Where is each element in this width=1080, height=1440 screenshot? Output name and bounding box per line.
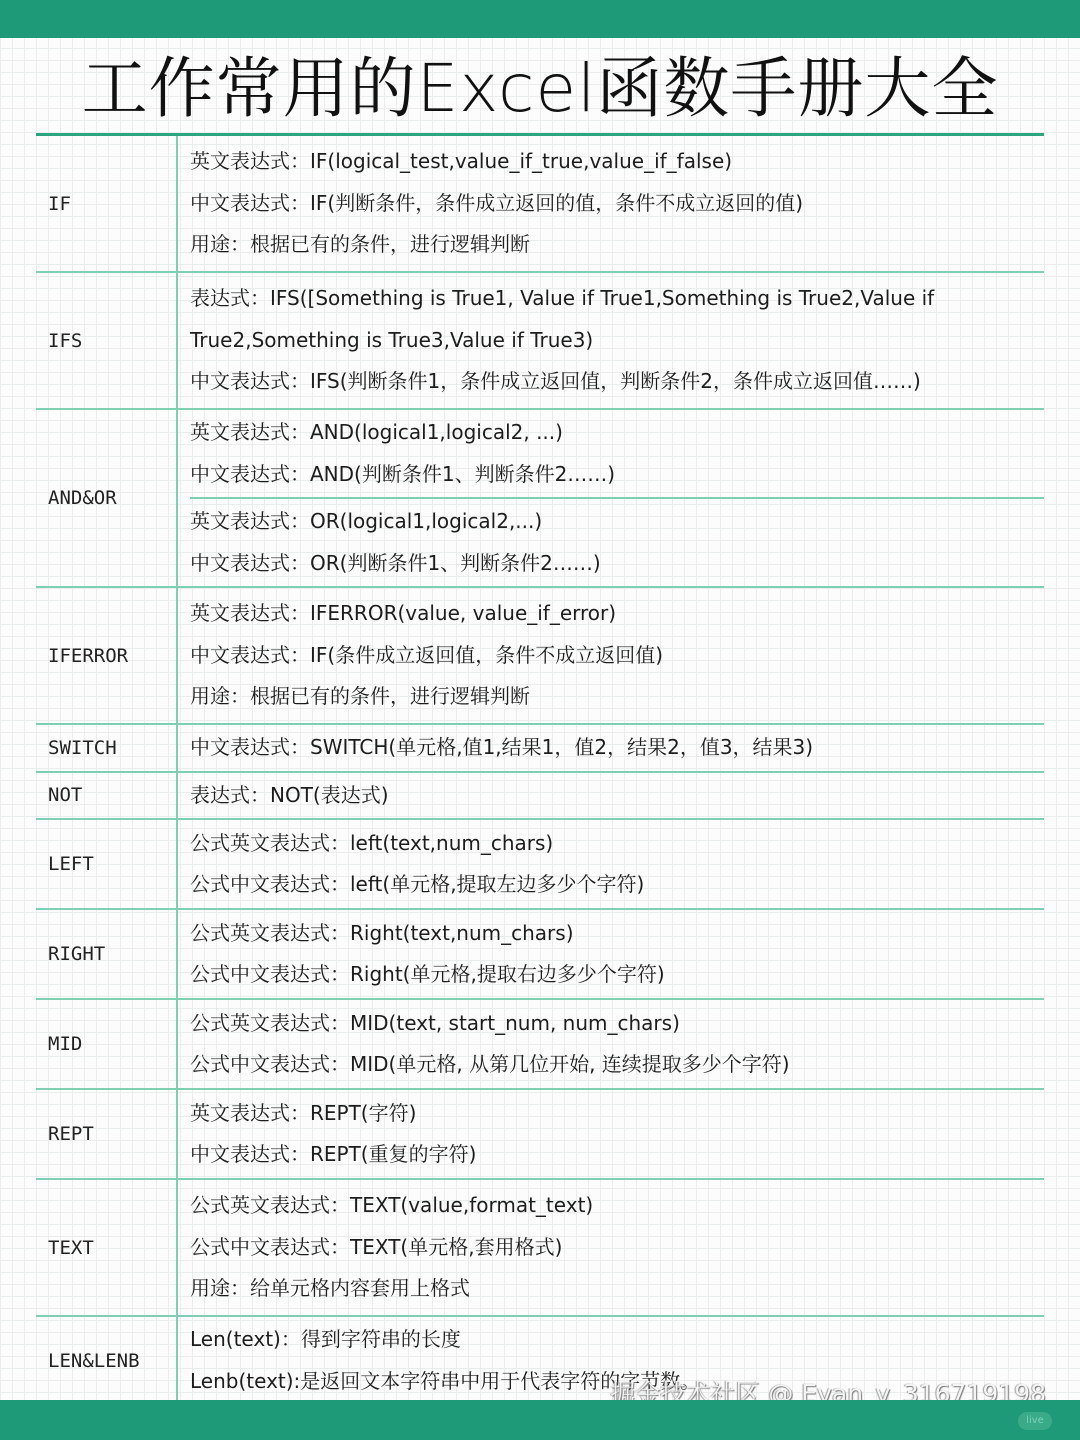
table-row: RIGHT公式英文表达式：Right(text,num_chars)公式中文表达…: [36, 910, 1044, 1000]
top-banner: [0, 0, 1080, 38]
function-name: TEXT: [36, 1180, 178, 1315]
description-group: 公式英文表达式：MID(text, start_num, num_chars)公…: [190, 1001, 1044, 1088]
table-row: SWITCH中文表达式：SWITCH(单元格,值1,结果1，值2，结果2，值3，…: [36, 725, 1044, 773]
function-name: REPT: [36, 1090, 178, 1178]
description-group: 英文表达式：IFERROR(value, value_if_error)中文表达…: [190, 591, 1044, 720]
description-group: 英文表达式：REPT(字符)中文表达式：REPT(重复的字符): [190, 1091, 1044, 1178]
function-name: IFERROR: [36, 588, 178, 723]
table-row: NOT表达式：NOT(表达式): [36, 773, 1044, 821]
description-line: 用途：根据已有的条件，进行逻辑判断: [190, 676, 1044, 718]
description-line: 公式中文表达式：MID(单元格, 从第几位开始, 连续提取多少个字符): [190, 1044, 1044, 1086]
description-group: 公式英文表达式：TEXT(value,format_text)公式中文表达式：T…: [190, 1183, 1044, 1312]
description-line: 英文表达式：IFERROR(value, value_if_error): [190, 593, 1044, 635]
description-line: 表达式：IFS([Something is True1, Value if Tr…: [190, 278, 1044, 320]
description-line: Len(text)：得到字符串的长度: [190, 1319, 1044, 1361]
description-line: 表达式：NOT(表达式): [190, 775, 1044, 817]
table-row: MID公式英文表达式：MID(text, start_num, num_char…: [36, 1000, 1044, 1090]
description-line: 中文表达式：AND(判断条件1、判断条件2……): [190, 454, 1044, 496]
page-title: 工作常用的Excel函数手册大全: [0, 46, 1080, 132]
description-group: 公式英文表达式：Right(text,num_chars)公式中文表达式：Rig…: [190, 911, 1044, 998]
function-description: 表达式：NOT(表达式): [178, 773, 1044, 819]
description-line: 英文表达式：REPT(字符): [190, 1093, 1044, 1135]
description-line: 英文表达式：IF(logical_test,value_if_true,valu…: [190, 141, 1044, 183]
description-line: 英文表达式：AND(logical1,logical2, ...): [190, 412, 1044, 454]
description-group: 表达式：NOT(表达式): [190, 773, 1044, 819]
description-group: 英文表达式：IF(logical_test,value_if_true,valu…: [190, 139, 1044, 268]
table-row: IFERROR英文表达式：IFERROR(value, value_if_err…: [36, 588, 1044, 725]
function-description: 表达式：IFS([Something is True1, Value if Tr…: [178, 273, 1044, 408]
description-line: 公式中文表达式：Right(单元格,提取右边多少个字符): [190, 954, 1044, 996]
function-description: 英文表达式：REPT(字符)中文表达式：REPT(重复的字符): [178, 1090, 1044, 1178]
live-badge: live: [1018, 1412, 1052, 1430]
description-line: 中文表达式：OR(判断条件1、判断条件2……): [190, 543, 1044, 585]
description-line: 公式英文表达式：MID(text, start_num, num_chars): [190, 1003, 1044, 1045]
function-description: 公式英文表达式：Right(text,num_chars)公式中文表达式：Rig…: [178, 910, 1044, 998]
function-name: SWITCH: [36, 725, 178, 771]
description-group: 表达式：IFS([Something is True1, Value if Tr…: [190, 276, 1044, 405]
description-line: 中文表达式：REPT(重复的字符): [190, 1134, 1044, 1176]
description-line: 公式中文表达式：left(单元格,提取左边多少个字符): [190, 864, 1044, 906]
function-table: IF英文表达式：IF(logical_test,value_if_true,va…: [36, 133, 1044, 1408]
bottom-banner: [0, 1400, 1080, 1440]
description-line: 公式英文表达式：TEXT(value,format_text): [190, 1185, 1044, 1227]
function-description: 中文表达式：SWITCH(单元格,值1,结果1，值2，结果2，值3，结果3): [178, 725, 1044, 771]
function-description: 英文表达式：IFERROR(value, value_if_error)中文表达…: [178, 588, 1044, 723]
description-line: 中文表达式：IF(判断条件，条件成立返回的值，条件不成立返回的值): [190, 183, 1044, 225]
description-line: 公式英文表达式：Right(text,num_chars): [190, 913, 1044, 955]
description-line: True2,Something is True3,Value if True3): [190, 320, 1044, 362]
function-name: LEFT: [36, 820, 178, 908]
description-group: 英文表达式：OR(logical1,logical2,...)中文表达式：OR(…: [190, 499, 1044, 586]
description-line: 英文表达式：OR(logical1,logical2,...): [190, 501, 1044, 543]
function-name: LEN&LENB: [36, 1317, 178, 1404]
function-description: 公式英文表达式：MID(text, start_num, num_chars)公…: [178, 1000, 1044, 1088]
description-line: 中文表达式：IF(条件成立返回值，条件不成立返回值): [190, 635, 1044, 677]
function-description: 公式英文表达式：TEXT(value,format_text)公式中文表达式：T…: [178, 1180, 1044, 1315]
description-line: 公式中文表达式：TEXT(单元格,套用格式): [190, 1227, 1044, 1269]
table-row: IF英文表达式：IF(logical_test,value_if_true,va…: [36, 136, 1044, 273]
description-line: 用途：根据已有的条件，进行逻辑判断: [190, 224, 1044, 266]
description-group: 公式英文表达式：left(text,num_chars)公式中文表达式：left…: [190, 821, 1044, 908]
table-row: REPT英文表达式：REPT(字符)中文表达式：REPT(重复的字符): [36, 1090, 1044, 1180]
description-line: 用途：给单元格内容套用上格式: [190, 1268, 1044, 1310]
table-row: IFS表达式：IFS([Something is True1, Value if…: [36, 273, 1044, 410]
table-row: AND&OR英文表达式：AND(logical1,logical2, ...)中…: [36, 410, 1044, 588]
function-name: NOT: [36, 773, 178, 819]
function-description: 公式英文表达式：left(text,num_chars)公式中文表达式：left…: [178, 820, 1044, 908]
description-line: 中文表达式：IFS(判断条件1，条件成立返回值，判断条件2，条件成立返回值……): [190, 361, 1044, 403]
table-row: LEFT公式英文表达式：left(text,num_chars)公式中文表达式：…: [36, 820, 1044, 910]
function-name: RIGHT: [36, 910, 178, 998]
description-group: 英文表达式：AND(logical1,logical2, ...)中文表达式：A…: [190, 410, 1044, 499]
function-description: 英文表达式：AND(logical1,logical2, ...)中文表达式：A…: [178, 410, 1044, 586]
description-line: 中文表达式：SWITCH(单元格,值1,结果1，值2，结果2，值3，结果3): [190, 727, 1044, 769]
function-name: AND&OR: [36, 410, 178, 586]
description-line: 公式英文表达式：left(text,num_chars): [190, 823, 1044, 865]
function-name: IFS: [36, 273, 178, 408]
function-name: MID: [36, 1000, 178, 1088]
function-name: IF: [36, 136, 178, 271]
description-group: 中文表达式：SWITCH(单元格,值1,结果1，值2，结果2，值3，结果3): [190, 725, 1044, 771]
function-description: 英文表达式：IF(logical_test,value_if_true,valu…: [178, 136, 1044, 271]
table-row: TEXT公式英文表达式：TEXT(value,format_text)公式中文表…: [36, 1180, 1044, 1317]
